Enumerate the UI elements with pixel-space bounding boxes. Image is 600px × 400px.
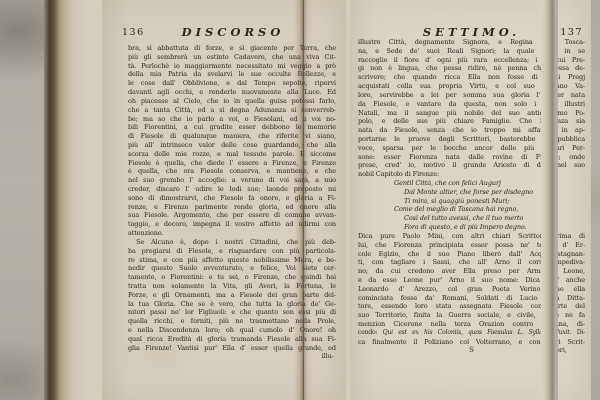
- book-right-page-edge: [541, 0, 558, 400]
- book-photograph: 136 DISCORSO bra, sì abbattuta di forze,…: [0, 0, 600, 400]
- book-left-cover-edge: [44, 0, 84, 400]
- book-gutter-shadow: [294, 0, 312, 400]
- open-book: 136 DISCORSO bra, sì abbattuta di forze,…: [44, 0, 558, 400]
- left-page-number: 136: [122, 26, 145, 39]
- signature-mark: S: [469, 346, 474, 354]
